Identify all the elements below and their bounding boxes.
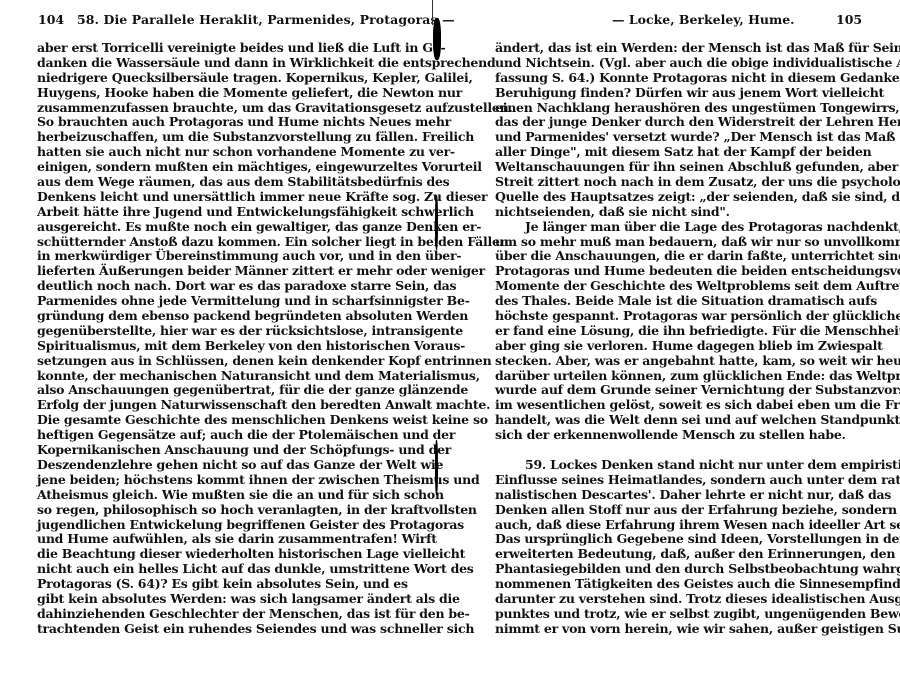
text-line: und Hume aufwühlen, als sie darin zusamm… xyxy=(37,532,397,547)
text-line: Parmenides ohne jede Vermittelung und in… xyxy=(37,294,397,309)
text-line: nicht auch ein helles Licht auf das dunk… xyxy=(37,562,397,577)
text-line: Die gesamte Geschichte des menschlichen … xyxy=(37,413,397,428)
text-line: handelt, was die Welt denn sei und auf w… xyxy=(495,413,856,428)
text-line: Weltanschauungen für ihn seinen Abschluß… xyxy=(495,160,856,175)
text-line: nichtseienden, daß sie nicht sind". xyxy=(495,205,856,220)
text-line: höchste gespannt. Protagoras war persönl… xyxy=(495,309,856,324)
left-page: 104 58. Die Parallele Heraklit, Parmenid… xyxy=(0,0,440,674)
scan-blemish xyxy=(435,195,438,250)
text-line: punktes und trotz, wie er selbst zugibt,… xyxy=(495,607,856,622)
section-number: 59. xyxy=(525,457,550,472)
text-line: Huygens, Hooke haben die Momente geliefe… xyxy=(37,86,397,101)
text-line: Protagoras (S. 64)? Es gibt kein absolut… xyxy=(37,577,397,592)
text-run: Lockes Denken stand nicht nur unter dem … xyxy=(550,457,900,472)
text-line: lieferten Äußerungen beider Männer zitte… xyxy=(37,264,397,279)
text-line: Je länger man über die Lage des Protagor… xyxy=(495,220,856,235)
text-line: Denken allen Stoff nur aus der Erfahrung… xyxy=(495,503,856,518)
text-line: so regen, philosophisch so hoch veranlag… xyxy=(37,503,397,518)
text-line: heftigen Gegensätze auf; auch die der Pt… xyxy=(37,428,397,443)
scan-blemish xyxy=(433,18,441,60)
scan-gutter xyxy=(434,0,440,674)
text-line: Kopernikanischen Anschauung und der Schö… xyxy=(37,443,397,458)
text-line: wurde auf dem Grunde seiner Vernichtung … xyxy=(495,383,856,398)
text-line: herbeizuschaffen, um die Substanzvorstel… xyxy=(37,130,397,145)
text-line: Arbeit hätte ihre Jugend und Entwickelun… xyxy=(37,205,397,220)
text-line: darunter zu verstehen sind. Trotz dieses… xyxy=(495,592,856,607)
text-line: deutlich noch nach. Dort war es das para… xyxy=(37,279,397,294)
text-line: die Beachtung dieser wiederholten histor… xyxy=(37,547,397,562)
text-line: gegenüberstellte, hier war es der rücksi… xyxy=(37,324,397,339)
text-line: des Thales. Beide Male ist die Situation… xyxy=(495,294,856,309)
text-line: dahinziehenden Geschlechter der Menschen… xyxy=(37,607,397,622)
text-line: Momente der Geschichte des Weltproblems … xyxy=(495,279,856,294)
text-line: Erfolg der jungen Naturwissenschaft den … xyxy=(37,398,397,413)
text-line: aus dem Wege räumen, das aus dem Stabili… xyxy=(37,175,397,190)
text-line: also Anschauungen gegenübertrat, für die… xyxy=(37,383,397,398)
page-number: 104 xyxy=(38,12,64,27)
section-gap xyxy=(495,443,856,458)
page-number: 105 xyxy=(836,12,862,27)
text-line: Spiritualismus, mit dem Berkeley von den… xyxy=(37,339,397,354)
text-line: das der junge Denker durch den Widerstre… xyxy=(495,115,856,130)
text-line: einigen, sondern mußten ein mächtiges, e… xyxy=(37,160,397,175)
text-line: Protagoras und Hume bedeuten die beiden … xyxy=(495,264,856,279)
text-line: Das ursprünglich Gegebene sind Ideen, Vo… xyxy=(495,532,856,547)
text-line: nommenen Tätigkeiten des Geistes auch di… xyxy=(495,577,856,592)
text-line: im wesentlichen gelöst, soweit es sich d… xyxy=(495,398,856,413)
text-line: erweiterten Bedeutung, daß, außer den Er… xyxy=(495,547,856,562)
text-line: auch, daß diese Erfahrung ihrem Wesen na… xyxy=(495,518,856,533)
text-line: So brauchten auch Protagoras und Hume ni… xyxy=(37,115,397,130)
text-line: konnte, der mechanischen Naturansicht un… xyxy=(37,369,397,384)
text-line: um so mehr muß man bedauern, daß wir nur… xyxy=(495,235,856,250)
text-line: Beruhigung finden? Dürfen wir aus jenem … xyxy=(495,86,856,101)
text-line: sich der erkennenwollende Mensch zu stel… xyxy=(495,428,856,443)
running-head: — Locke, Berkeley, Hume. xyxy=(612,12,795,27)
text-line: zusammenzufassen brauchte, um das Gravit… xyxy=(37,101,397,116)
text-line: stecken. Aber, was er angebahnt hatte, k… xyxy=(495,354,856,369)
body-text: aber erst Torricelli vereinigte beides u… xyxy=(37,41,397,637)
text-line: fassung S. 64.) Konnte Protagoras nicht … xyxy=(495,71,856,86)
text-line: Deszendenzlehre gehen nicht so auf das G… xyxy=(37,458,397,473)
text-line: Einflusse seines Heimatlandes, sondern a… xyxy=(495,473,856,488)
text-line: und Parmenides' versetzt wurde? „Der Men… xyxy=(495,130,856,145)
scan-edge-line xyxy=(432,0,433,25)
text-line: setzungen aus in Schlüssen, denen kein d… xyxy=(37,354,397,369)
text-line: darüber urteilen können, zum glücklichen… xyxy=(495,369,856,384)
text-line: und Nichtsein. (Vgl. aber auch die obige… xyxy=(495,56,856,71)
running-head: 58. Die Parallele Heraklit, Parmenides, … xyxy=(77,12,455,27)
text-line: nalistischen Descartes'. Daher lehrte er… xyxy=(495,488,856,503)
scan-blemish xyxy=(435,440,438,495)
text-line: er fand eine Lösung, die ihn befriedigte… xyxy=(495,324,856,339)
text-line: gibt kein absolutes Werden: was sich lan… xyxy=(37,592,397,607)
text-line: Denkens leicht und unersättlich immer ne… xyxy=(37,190,397,205)
text-line: aller Dinge", mit diesem Satz hat der Ka… xyxy=(495,145,856,160)
text-line: Atheismus gleich. Wie mußten sie die an … xyxy=(37,488,397,503)
text-line: nimmt er von vorn herein, wie wir sahen,… xyxy=(495,622,856,637)
text-line: aber ging sie verloren. Hume dagegen bli… xyxy=(495,339,856,354)
text-line: trachtenden Geist ein ruhendes Seiendes … xyxy=(37,622,397,637)
text-line: über die Anschauungen, die er darin faßt… xyxy=(495,249,856,264)
text-line: Streit zittert noch nach in dem Zusatz, … xyxy=(495,175,856,190)
text-line: hatten sie auch nicht nur schon vorhande… xyxy=(37,145,397,160)
text-line: ausgereicht. Es mußte noch ein gewaltige… xyxy=(37,220,397,235)
right-page: — Locke, Berkeley, Hume. 105 ändert, das… xyxy=(450,0,900,674)
text-line: ändert, das ist ein Werden: der Mensch i… xyxy=(495,41,856,56)
text-line: jene beiden; höchstens kommt ihnen der z… xyxy=(37,473,397,488)
text-line: in merkwürdiger Übereinstimmung auch vor… xyxy=(37,249,397,264)
text-line: jugendlichen Entwickelung begriffenen Ge… xyxy=(37,518,397,533)
text-line: niedrigere Quecksilbersäule tragen. Kope… xyxy=(37,71,397,86)
text-line: Phantasiegebilden und den durch Selbstbe… xyxy=(495,562,856,577)
text-line: danken die Wassersäule und dann in Wirkl… xyxy=(37,56,397,71)
text-line: Quelle des Hauptsatzes zeigt: „der seien… xyxy=(495,190,856,205)
body-text: ändert, das ist ein Werden: der Mensch i… xyxy=(495,41,856,637)
text-line: 59. Lockes Denken stand nicht nur unter … xyxy=(495,458,856,473)
text-line: einen Nachklang heraushören des ungestüm… xyxy=(495,101,856,116)
text-line: aber erst Torricelli vereinigte beides u… xyxy=(37,41,397,56)
text-line: gründung dem ebenso packend begründeten … xyxy=(37,309,397,324)
